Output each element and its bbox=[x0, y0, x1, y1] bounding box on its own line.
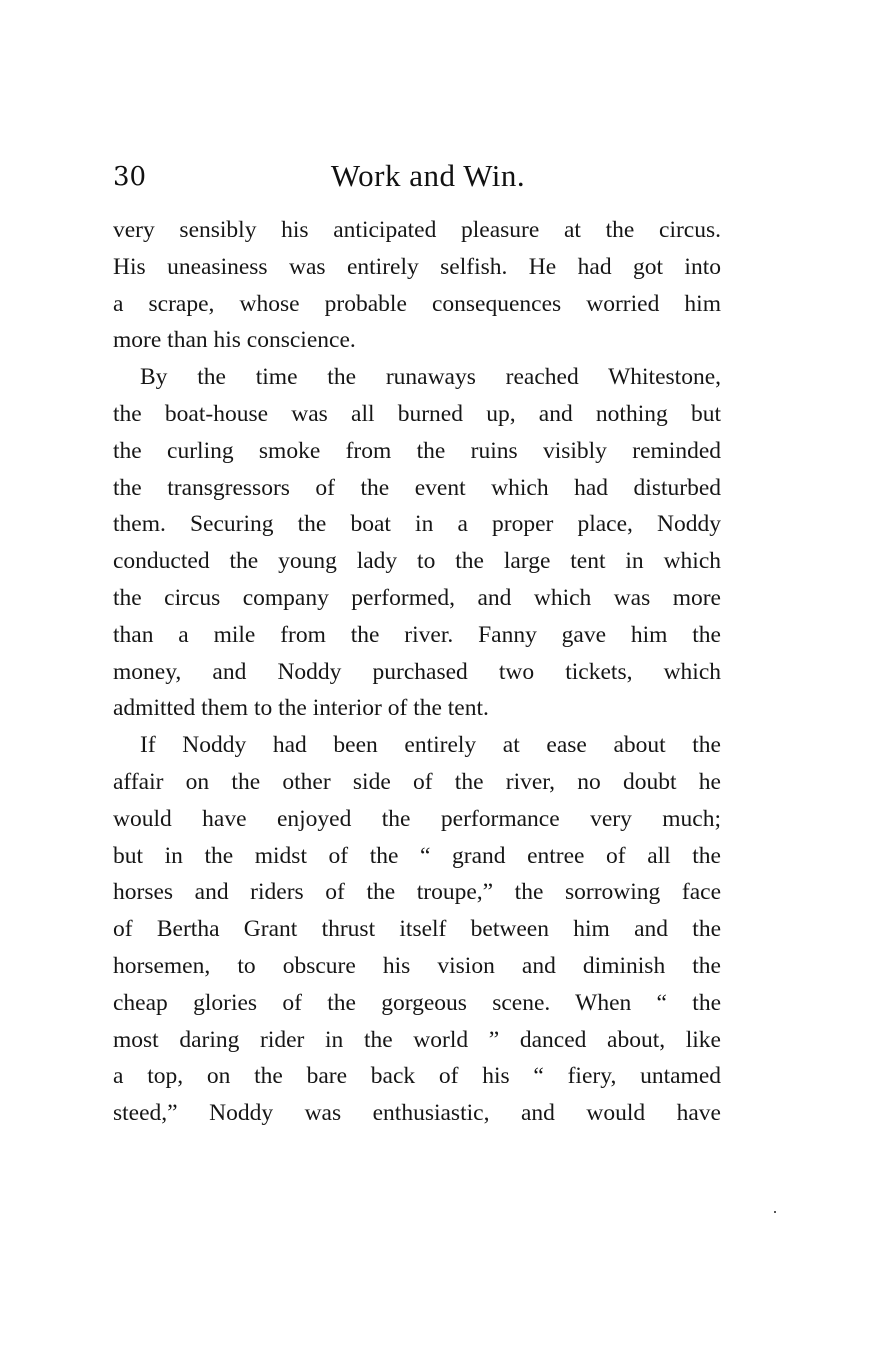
text-line: If Noddy had been entirely at ease about… bbox=[113, 727, 721, 764]
text-line: than a mile from the river. Fanny gave h… bbox=[113, 617, 721, 654]
paragraph-3: If Noddy had been entirely at ease about… bbox=[113, 727, 721, 1132]
text-line: of Bertha Grant thrust itself between hi… bbox=[113, 911, 721, 948]
paragraph-1: very sensibly his anticipated pleasure a… bbox=[113, 212, 721, 359]
text-line: very sensibly his anticipated pleasure a… bbox=[113, 212, 721, 249]
text-line: the circus company performed, and which … bbox=[113, 580, 721, 617]
text-line: conducted the young lady to the large te… bbox=[113, 543, 721, 580]
text-line: a scrape, whose probable consequences wo… bbox=[113, 286, 721, 323]
text-line: more than his conscience. bbox=[113, 322, 721, 359]
text-line: horsemen, to obscure his vision and dimi… bbox=[113, 948, 721, 985]
text-line: the transgressors of the event which had… bbox=[113, 470, 721, 507]
paragraph-2: By the time the runaways reached Whitest… bbox=[113, 359, 721, 727]
text-line: money, and Noddy purchased two tickets, … bbox=[113, 654, 721, 691]
body-text: very sensibly his anticipated pleasure a… bbox=[113, 212, 721, 1132]
text-line: them. Securing the boat in a proper plac… bbox=[113, 506, 721, 543]
text-line: most daring rider in the world ” danced … bbox=[113, 1022, 721, 1059]
text-line: admitted them to the interior of the ten… bbox=[113, 690, 721, 727]
running-title: Work and Win. bbox=[113, 158, 721, 194]
text-line: but in the midst of the “ grand entree o… bbox=[113, 838, 721, 875]
text-line: a top, on the bare back of his “ fiery, … bbox=[113, 1058, 721, 1095]
text-line: would have enjoyed the performance very … bbox=[113, 801, 721, 838]
text-line: By the time the runaways reached Whitest… bbox=[113, 359, 721, 396]
text-line: affair on the other side of the river, n… bbox=[113, 764, 721, 801]
text-line: the curling smoke from the ruins visibly… bbox=[113, 433, 721, 470]
book-page: 30 Work and Win. very sensibly his antic… bbox=[0, 0, 883, 1360]
text-line: His uneasiness was entirely selfish. He … bbox=[113, 249, 721, 286]
text-line: steed,” Noddy was enthusiastic, and woul… bbox=[113, 1095, 721, 1132]
text-line: cheap glories of the gorgeous scene. Whe… bbox=[113, 985, 721, 1022]
text-line: the boat-house was all burned up, and no… bbox=[113, 396, 721, 433]
running-head: 30 Work and Win. bbox=[113, 158, 721, 198]
print-speck bbox=[774, 1211, 776, 1213]
text-line: horses and riders of the troupe,” the so… bbox=[113, 874, 721, 911]
